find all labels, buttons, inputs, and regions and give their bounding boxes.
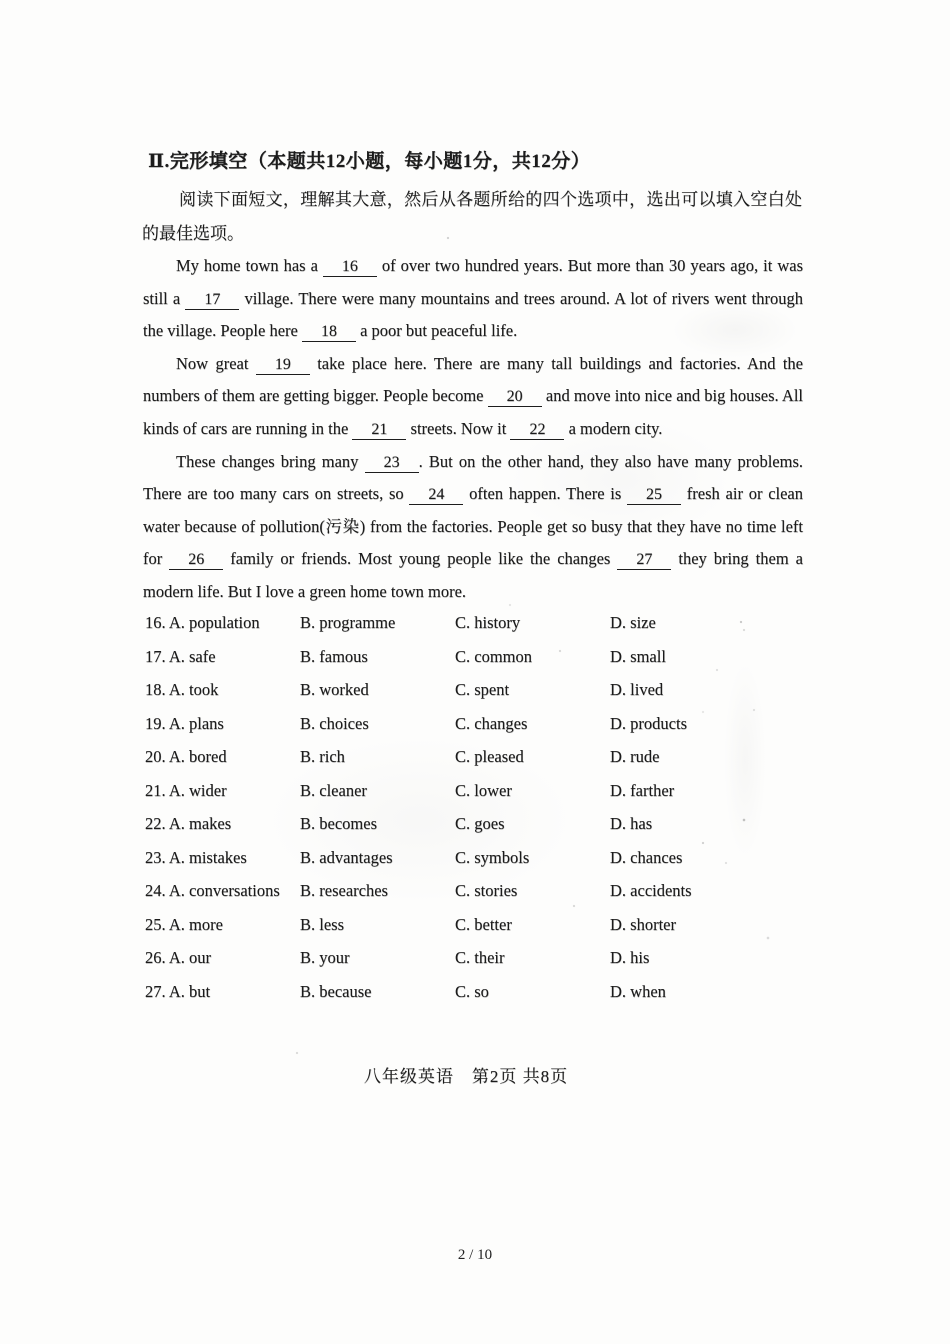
question-number: 26. (145, 948, 169, 967)
section-heading: Ⅱ.完形填空（本题共12小题，每小题1分，共12分） (148, 146, 828, 173)
option-text: pleased (474, 747, 523, 766)
option-label: D. (610, 915, 630, 934)
option-label: B. (300, 680, 319, 699)
cloze-blank-25: 25 (627, 485, 681, 505)
option-label: B. (300, 613, 319, 632)
option-cell: B. researches (300, 881, 455, 901)
option-label: A. (169, 647, 189, 666)
option-cell: D. his (610, 948, 835, 968)
cloze-blank-24: 24 (409, 485, 463, 505)
option-label: C. (455, 680, 474, 699)
option-label: A. (169, 881, 189, 900)
option-label: A. (169, 982, 189, 1001)
option-text: better (474, 915, 512, 934)
option-label: C. (455, 848, 474, 867)
option-text: lived (630, 680, 663, 699)
cloze-blank-16: 16 (323, 257, 377, 277)
option-cell: C. stories (455, 881, 610, 901)
option-label: C. (455, 613, 474, 632)
option-label: C. (455, 915, 474, 934)
option-cell: B. rich (300, 747, 455, 767)
question-number: 23. (145, 848, 169, 867)
cloze-blank-20: 20 (488, 387, 542, 407)
option-cell: C. spent (455, 680, 610, 700)
passage-paragraph: Now great 19 take place here. There are … (143, 348, 803, 446)
option-text: his (630, 948, 649, 967)
option-cell: D. has (610, 814, 835, 834)
option-cell: 24. A. conversations (145, 881, 300, 901)
question-row-24: 24. A. conversationsB. researchesC. stor… (145, 881, 835, 915)
option-text: their (474, 948, 504, 967)
option-label: D. (610, 881, 630, 900)
question-row-16: 16. A. populationB. programmeC. historyD… (145, 613, 835, 647)
option-cell: 17. A. safe (145, 647, 300, 667)
option-cell: 25. A. more (145, 915, 300, 935)
option-cell: B. programme (300, 613, 455, 633)
option-text: because (319, 982, 371, 1001)
option-cell: C. better (455, 915, 610, 935)
question-row-17: 17. A. safeB. famousC. commonD. small (145, 647, 835, 681)
option-text: has (630, 814, 652, 833)
option-cell: 22. A. makes (145, 814, 300, 834)
option-label: C. (455, 948, 474, 967)
option-text: wider (189, 781, 227, 800)
cloze-blank-17: 17 (185, 290, 239, 310)
option-cell: D. size (610, 613, 835, 633)
option-text: history (474, 613, 520, 632)
option-text: worked (319, 680, 368, 699)
option-text: lower (474, 781, 512, 800)
option-text: conversations (189, 881, 280, 900)
option-label: C. (455, 781, 474, 800)
option-label: A. (169, 848, 189, 867)
option-text: advantages (319, 848, 392, 867)
option-label: D. (610, 714, 630, 733)
question-row-23: 23. A. mistakesB. advantagesC. symbolsD.… (145, 848, 835, 882)
question-row-26: 26. A. ourB. yourC. theirD. his (145, 948, 835, 982)
passage-text: My home town has a (176, 256, 323, 275)
option-cell: B. less (300, 915, 455, 935)
option-cell: C. lower (455, 781, 610, 801)
option-text: stories (474, 881, 517, 900)
option-text: your (319, 948, 349, 967)
option-label: A. (169, 747, 189, 766)
option-cell: C. changes (455, 714, 610, 734)
option-label: D. (610, 781, 630, 800)
question-row-25: 25. A. moreB. lessC. betterD. shorter (145, 915, 835, 949)
option-text: small (630, 647, 666, 666)
passage-text: a poor but peaceful life. (356, 321, 517, 340)
option-text: mistakes (189, 848, 247, 867)
option-text: bored (189, 747, 227, 766)
option-label: D. (610, 848, 630, 867)
option-label: D. (610, 747, 630, 766)
option-cell: 18. A. took (145, 680, 300, 700)
option-label: D. (610, 680, 630, 699)
option-text: so (474, 982, 489, 1001)
option-text: famous (319, 647, 368, 666)
cloze-blank-18: 18 (302, 322, 356, 342)
question-row-18: 18. A. tookB. workedC. spentD. lived (145, 680, 835, 714)
option-text: took (189, 680, 218, 699)
passage-text: often happen. There is (463, 484, 627, 503)
passage-paragraph: My home town has a 16 of over two hundre… (143, 250, 803, 348)
option-text: when (630, 982, 666, 1001)
option-label: B. (300, 881, 319, 900)
option-text: rich (319, 747, 345, 766)
section-instructions: 阅读下面短文，理解其大意，然后从各题所给的四个选项中，选出可以填入空白处的最佳选… (142, 183, 802, 251)
option-cell: D. small (610, 647, 835, 667)
option-label: A. (169, 814, 189, 833)
option-label: B. (300, 714, 319, 733)
option-text: more (189, 915, 223, 934)
option-label: A. (169, 948, 189, 967)
option-label: A. (169, 781, 189, 800)
option-cell: C. goes (455, 814, 610, 834)
question-number: 27. (145, 982, 169, 1001)
option-cell: D. farther (610, 781, 835, 801)
option-cell: C. symbols (455, 848, 610, 868)
option-label: D. (610, 814, 630, 833)
cloze-blank-22: 22 (510, 420, 564, 440)
option-label: D. (610, 982, 630, 1001)
option-cell: C. their (455, 948, 610, 968)
option-text: goes (474, 814, 504, 833)
option-cell: D. accidents (610, 881, 835, 901)
option-text: our (189, 948, 211, 967)
option-label: C. (455, 647, 474, 666)
option-label: D. (610, 647, 630, 666)
passage-text: Now great (176, 354, 256, 373)
question-number: 16. (145, 613, 169, 632)
question-number: 18. (145, 680, 169, 699)
option-label: B. (300, 781, 319, 800)
option-text: spent (474, 680, 509, 699)
option-text: accidents (630, 881, 691, 900)
page-footer: 八年级英语 第2页 共8页 (0, 1062, 932, 1087)
question-row-27: 27. A. butB. becauseC. soD. when (145, 982, 835, 1016)
option-cell: 27. A. but (145, 982, 300, 1002)
passage-text: streets. Now it (406, 419, 510, 438)
question-number: 21. (145, 781, 169, 800)
option-cell: C. so (455, 982, 610, 1002)
option-label: C. (455, 881, 474, 900)
option-text: makes (189, 814, 231, 833)
option-text: shorter (630, 915, 676, 934)
option-label: A. (169, 680, 189, 699)
option-text: plans (189, 714, 224, 733)
question-number: 17. (145, 647, 169, 666)
option-text: cleaner (319, 781, 367, 800)
option-label: C. (455, 747, 474, 766)
option-text: choices (319, 714, 368, 733)
option-text: population (189, 613, 260, 632)
question-row-22: 22. A. makesB. becomesC. goesD. has (145, 814, 835, 848)
question-row-21: 21. A. widerB. cleanerC. lowerD. farther (145, 781, 835, 815)
option-label: C. (455, 714, 474, 733)
option-text: common (474, 647, 532, 666)
option-cell: 19. A. plans (145, 714, 300, 734)
option-label: B. (300, 982, 319, 1001)
option-cell: B. choices (300, 714, 455, 734)
passage-text: a modern city. (564, 419, 662, 438)
option-cell: B. worked (300, 680, 455, 700)
cloze-blank-26: 26 (169, 550, 223, 570)
option-label: D. (610, 948, 630, 967)
option-cell: 21. A. wider (145, 781, 300, 801)
option-text: less (319, 915, 344, 934)
option-cell: B. advantages (300, 848, 455, 868)
option-text: products (630, 714, 687, 733)
option-cell: D. products (610, 714, 835, 734)
passage-text: family or friends. Most young people lik… (223, 549, 617, 568)
passage-text: These changes bring many (176, 452, 365, 471)
cloze-blank-21: 21 (352, 420, 406, 440)
cloze-blank-27: 27 (617, 550, 671, 570)
option-label: D. (610, 613, 630, 632)
option-text: size (630, 613, 656, 632)
option-cell: D. chances (610, 848, 835, 868)
option-text: researches (319, 881, 388, 900)
option-cell: B. your (300, 948, 455, 968)
question-number: 22. (145, 814, 169, 833)
option-text: rude (630, 747, 659, 766)
option-text: programme (319, 613, 395, 632)
options-table: 16. A. populationB. programmeC. historyD… (145, 613, 835, 1015)
question-row-20: 20. A. boredB. richC. pleasedD. rude (145, 747, 835, 781)
option-cell: D. rude (610, 747, 835, 767)
option-cell: C. history (455, 613, 610, 633)
option-cell: D. shorter (610, 915, 835, 935)
option-text: farther (630, 781, 674, 800)
option-cell: B. famous (300, 647, 455, 667)
option-text: becomes (319, 814, 377, 833)
question-row-19: 19. A. plansB. choicesC. changesD. produ… (145, 714, 835, 748)
option-label: B. (300, 647, 319, 666)
cloze-blank-19: 19 (256, 355, 310, 375)
option-label: B. (300, 747, 319, 766)
option-cell: C. common (455, 647, 610, 667)
option-label: C. (455, 982, 474, 1001)
option-text: changes (474, 714, 527, 733)
option-cell: D. lived (610, 680, 835, 700)
option-cell: 26. A. our (145, 948, 300, 968)
option-label: B. (300, 814, 319, 833)
option-cell: B. because (300, 982, 455, 1002)
option-cell: D. when (610, 982, 835, 1002)
option-label: A. (169, 613, 189, 632)
passage-paragraph: These changes bring many 23. But on the … (143, 446, 803, 609)
option-label: A. (169, 714, 189, 733)
question-number: 19. (145, 714, 169, 733)
question-number: 24. (145, 881, 169, 900)
option-label: C. (455, 814, 474, 833)
option-label: A. (169, 915, 189, 934)
option-label: B. (300, 915, 319, 934)
option-cell: C. pleased (455, 747, 610, 767)
cloze-passage: My home town has a 16 of over two hundre… (143, 250, 803, 609)
option-text: but (189, 982, 210, 1001)
question-number: 25. (145, 915, 169, 934)
option-cell: B. cleaner (300, 781, 455, 801)
question-number: 20. (145, 747, 169, 766)
option-text: symbols (474, 848, 529, 867)
option-text: chances (630, 848, 682, 867)
option-text: safe (189, 647, 216, 666)
option-cell: 23. A. mistakes (145, 848, 300, 868)
scanned-exam-page: Ⅱ.完形填空（本题共12小题，每小题1分，共12分） 阅读下面短文，理解其大意，… (0, 0, 950, 1344)
option-label: B. (300, 948, 319, 967)
pdf-page-indicator: 2 / 10 (0, 1247, 950, 1264)
option-cell: B. becomes (300, 814, 455, 834)
option-label: B. (300, 848, 319, 867)
option-cell: 20. A. bored (145, 747, 300, 767)
option-cell: 16. A. population (145, 613, 300, 633)
cloze-blank-23: 23 (365, 453, 419, 473)
